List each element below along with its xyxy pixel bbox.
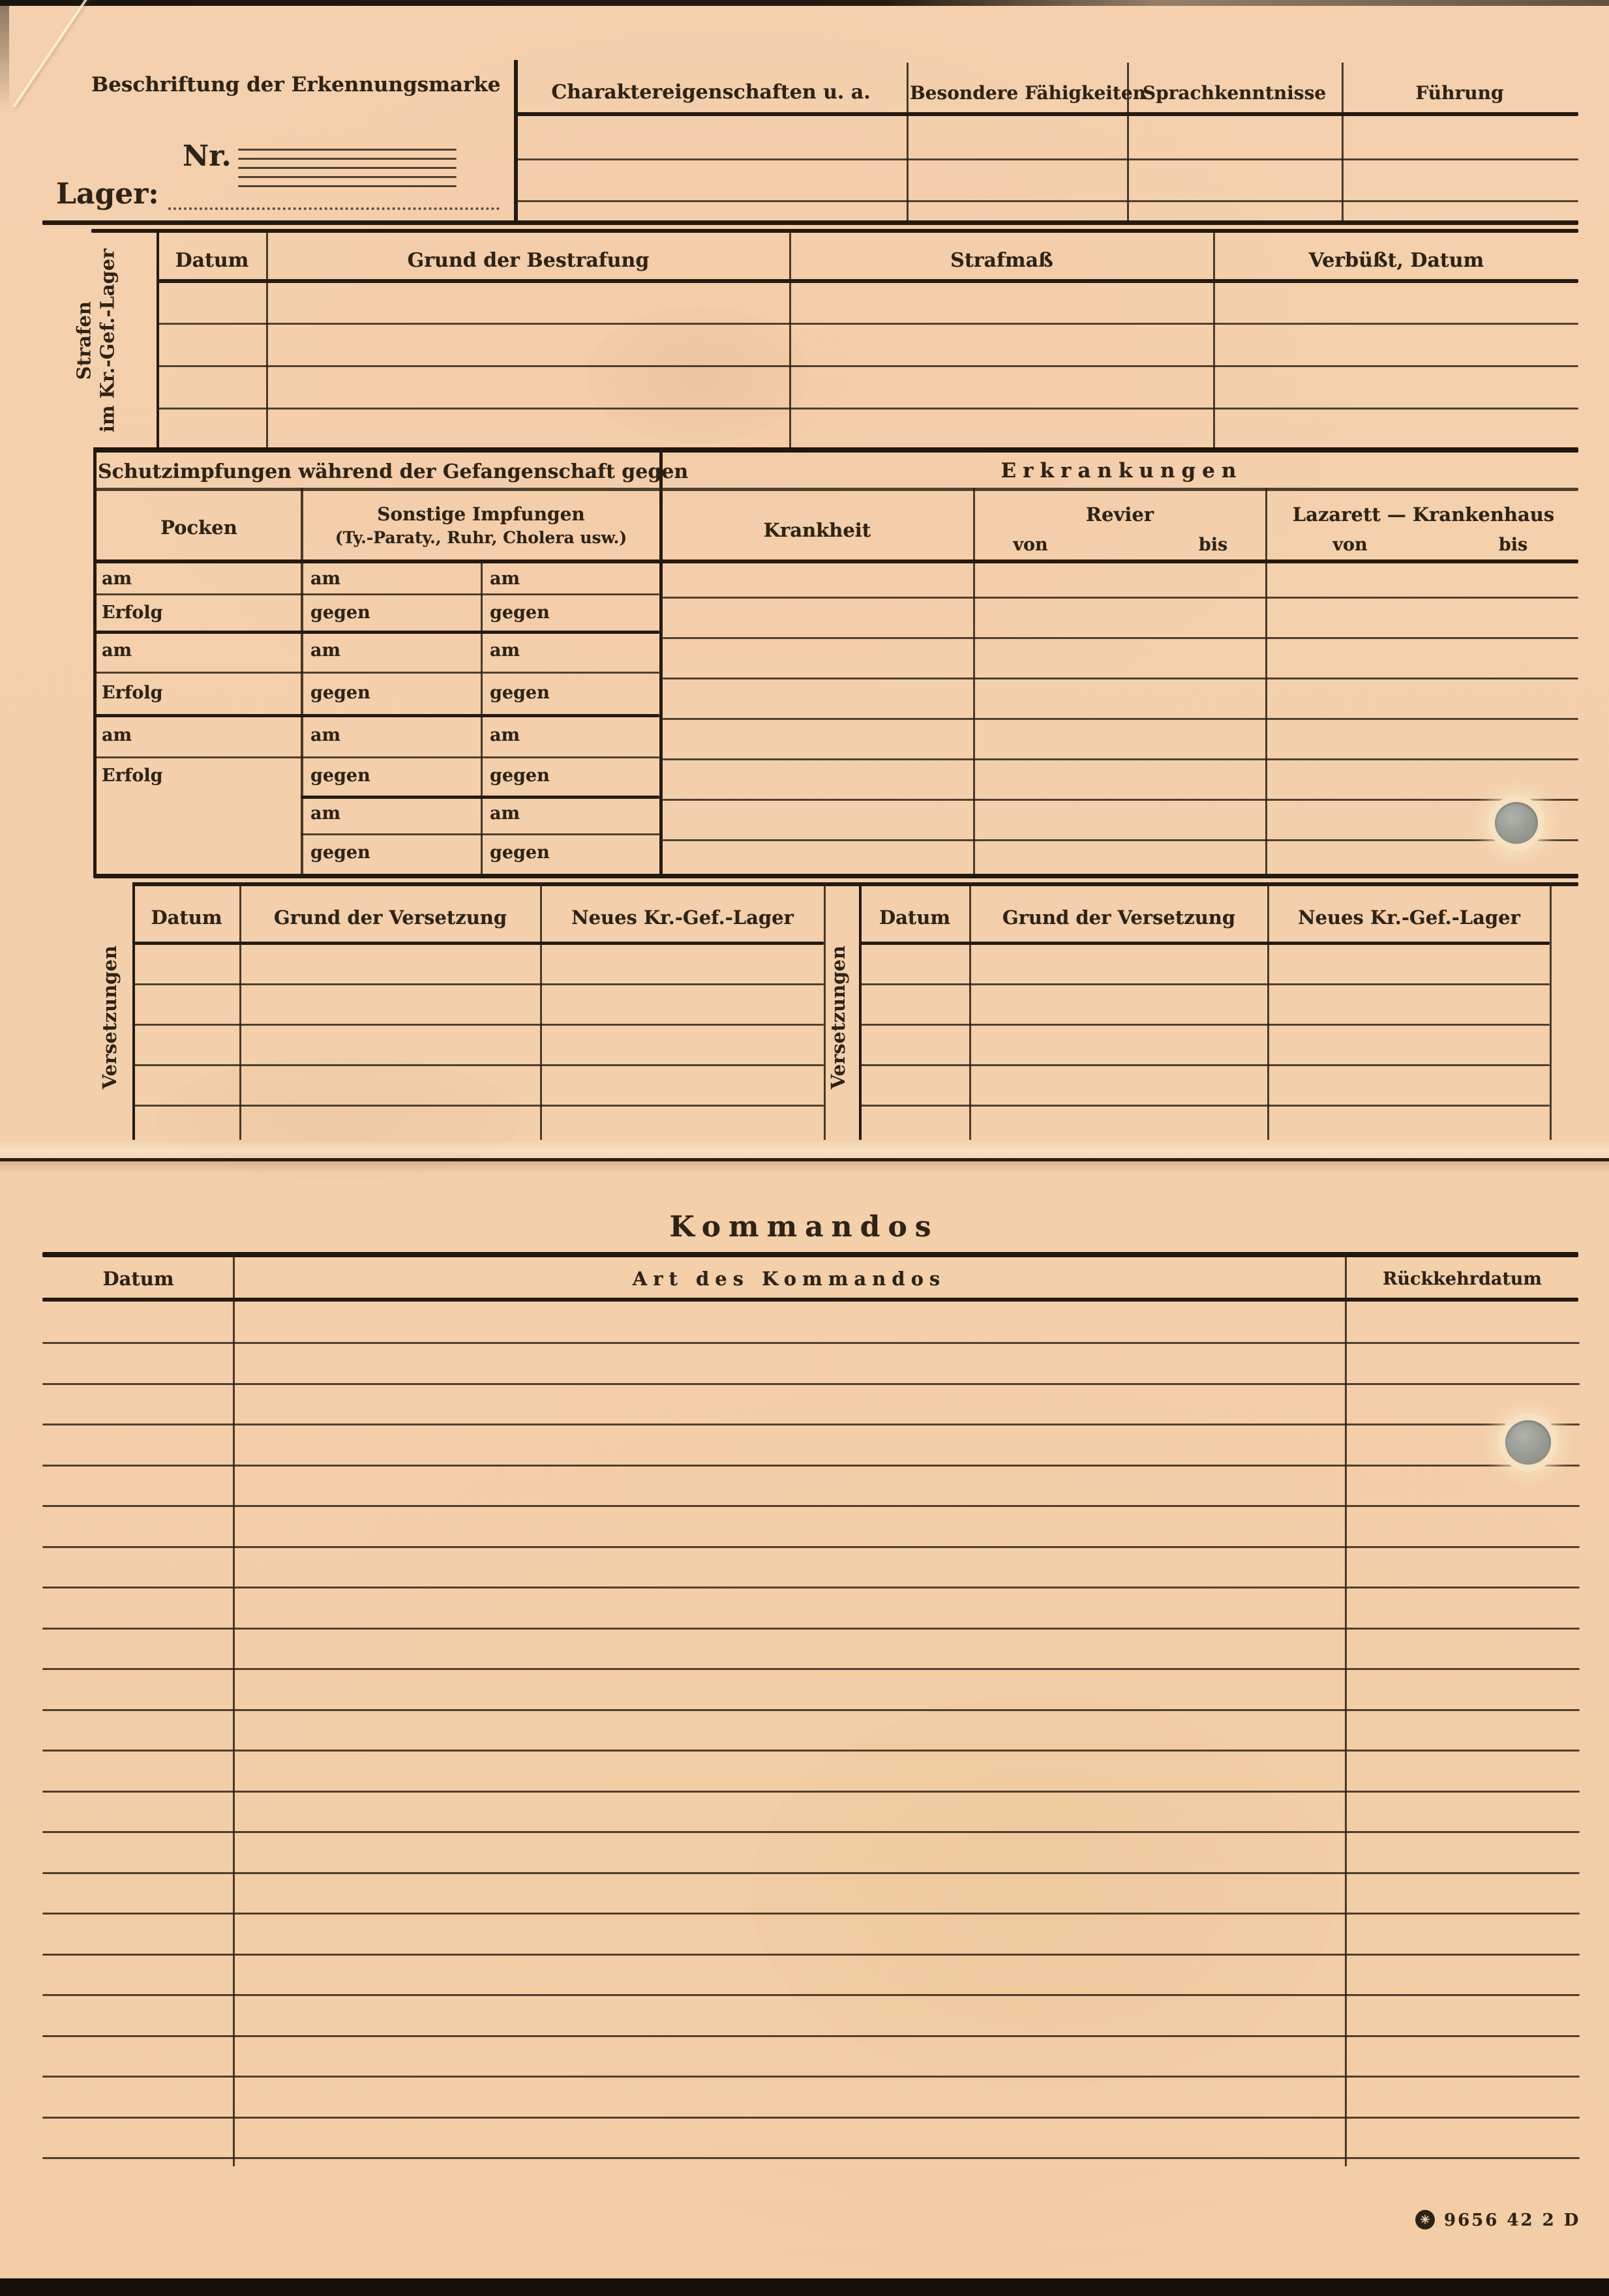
- scan-edge-bottom: [0, 2278, 1609, 2296]
- rule-line: [663, 718, 1578, 720]
- versetzungen-col-divider: [1550, 882, 1552, 1140]
- pocken-erfolg-label: Erfolg: [102, 683, 163, 703]
- sonstige-am-label: am: [490, 569, 520, 589]
- sonstige-am-label: am: [490, 725, 520, 745]
- rule-line: [42, 1546, 1580, 1548]
- impfungen-top-border: [93, 447, 1578, 453]
- versetzungen-right-side-label: Versetzungen: [815, 890, 861, 1144]
- versetzungen-header-newcamp: Neues Kr.-Gef.-Lager: [1269, 906, 1550, 929]
- impfungen-row-line: [95, 593, 659, 595]
- sonstige-sub-divider: [481, 561, 483, 875]
- kommandos-title: Kommandos: [609, 1210, 1000, 1244]
- rule-line: [42, 1383, 1580, 1385]
- sonstige-am-label: am: [310, 640, 340, 661]
- strafen-side-label-line1: Strafen: [72, 249, 96, 433]
- kommandos-header-rule: [42, 1298, 1578, 1302]
- rule-line: [134, 1024, 824, 1026]
- rule-line: [42, 2035, 1580, 2037]
- rule-line: [42, 1954, 1580, 1956]
- rule-line: [42, 1791, 1580, 1793]
- pocken-am-label: am: [102, 569, 132, 589]
- camp-label: Lager:: [56, 177, 159, 211]
- revier-lazarett-divider: [1265, 488, 1267, 875]
- versetzungen-header-date: Datum: [860, 906, 969, 929]
- impfungen-title-rule: [93, 488, 1578, 491]
- rule-line: [42, 2117, 1580, 2119]
- rule-line: [238, 185, 457, 187]
- rule-line: [158, 365, 1578, 367]
- revier-von-label: von: [998, 535, 1063, 555]
- card-edge-highlight: [0, 1140, 1609, 1158]
- rule-line: [158, 323, 1578, 325]
- paper-stain: [587, 306, 809, 443]
- strafen-header-served: Verbüßt, Datum: [1214, 249, 1578, 272]
- rule-line: [663, 597, 1578, 599]
- impfungen-group-line: [301, 796, 659, 799]
- revier-header: Revier: [975, 503, 1265, 526]
- rule-line: [134, 1105, 824, 1107]
- rule-line: [860, 1105, 1550, 1107]
- printer-code: 9656 42 2 D: [1444, 2211, 1580, 2230]
- rule-line: [42, 1831, 1580, 1833]
- krankheit-revier-divider: [973, 488, 975, 875]
- top-table-header-abilities: Besondere Fähigkeiten: [910, 82, 1125, 104]
- kommandos-header-date: Datum: [44, 1268, 233, 1290]
- top-table-divider: [907, 63, 909, 223]
- top-table-header-languages: Sprachkenntnisse: [1128, 82, 1340, 104]
- sonstige-am-label: am: [490, 803, 520, 824]
- top-table-left-divider: [514, 60, 518, 223]
- rule-line: [663, 839, 1578, 841]
- rule-line: [238, 158, 457, 160]
- rule-line: [663, 637, 1578, 639]
- impfungen-row-line: [95, 756, 659, 758]
- top-table-header-rule: [515, 112, 1578, 116]
- sonstige-gegen-label: gegen: [310, 603, 370, 623]
- rule-line: [860, 1064, 1550, 1066]
- kommandos-header-return: Rückkehrdatum: [1346, 1269, 1578, 1289]
- lazarett-header: Lazarett — Krankenhaus: [1269, 503, 1578, 526]
- impfungen-left-border: [93, 447, 97, 875]
- revier-bis-label: bis: [1180, 535, 1246, 555]
- sonstige-am-label: am: [310, 569, 340, 589]
- rule-line: [517, 158, 1578, 160]
- rule-line: [42, 1465, 1580, 1467]
- rule-line: [134, 983, 824, 985]
- card-edge-shadow: [0, 1161, 1609, 1173]
- versetzungen-header-newcamp: Neues Kr.-Gef.-Lager: [541, 906, 824, 929]
- rule-line: [860, 983, 1550, 985]
- rule-line: [663, 758, 1578, 760]
- pocken-erfolg-label: Erfolg: [102, 766, 163, 786]
- impfungen-group-line: [95, 631, 659, 634]
- impfungen-row-line: [301, 833, 659, 835]
- versetzungen-header-reason: Grund der Versetzung: [241, 906, 540, 929]
- rule-line: [158, 408, 1578, 410]
- strafen-header-measure: Strafmaß: [790, 249, 1213, 272]
- printer-union-mark-icon: ✳: [1415, 2210, 1435, 2229]
- rule-line: [42, 1342, 1580, 1344]
- krankheit-header: Krankheit: [662, 519, 972, 541]
- sonstige-am-label: am: [490, 640, 520, 661]
- pocken-am-label: am: [102, 725, 132, 745]
- rule-line: [238, 167, 457, 169]
- rule-line: [42, 2076, 1580, 2078]
- strafen-header-date: Datum: [158, 249, 266, 272]
- versetzungen-left-side-label: Versetzungen: [87, 890, 132, 1144]
- erkrankungen-title: Erkrankungen: [665, 459, 1578, 483]
- sonstige-gegen-label: gegen: [490, 766, 550, 786]
- camp-fill-line: [168, 188, 500, 210]
- punch-hole: [1505, 1420, 1551, 1465]
- rule-line: [517, 200, 1578, 202]
- sonstige-gegen-label: gegen: [310, 842, 370, 863]
- lazarett-von-label: von: [1317, 535, 1383, 555]
- punch-hole: [1495, 802, 1538, 844]
- id-block-title: Beschriftung der Erkennungsmarke: [91, 73, 470, 97]
- lazarett-bis-label: bis: [1481, 535, 1546, 555]
- impfungen-group-line: [95, 714, 659, 717]
- sonstige-gegen-label: gegen: [490, 603, 550, 623]
- rule-line: [663, 678, 1578, 679]
- sonstige-am-label: am: [310, 803, 340, 824]
- rule-line: [42, 1424, 1580, 1425]
- rule-line: [42, 1750, 1580, 1752]
- impfungen-title: Schutzimpfungen während der Gefangenscha…: [98, 460, 659, 483]
- versetzungen-header-rule: [859, 942, 1550, 945]
- pocken-header: Pocken: [98, 516, 300, 539]
- strafen-header-rule: [157, 279, 1578, 283]
- versetzungen-top-border: [132, 882, 1578, 886]
- pow-record-card-scan: Beschriftung der Erkennungsmarke Nr. Lag…: [0, 0, 1609, 2296]
- impfungen-erkrankungen-divider: [659, 447, 663, 875]
- top-table-header-conduct: Führung: [1344, 82, 1576, 104]
- impfungen-subheader-rule: [93, 559, 1578, 563]
- rule-line: [42, 1913, 1580, 1915]
- impfungen-bottom-border: [93, 874, 1578, 878]
- pocken-am-label: am: [102, 640, 132, 661]
- sonstige-header-line1: Sonstige Impfungen: [303, 503, 659, 525]
- sonstige-gegen-label: gegen: [490, 842, 550, 863]
- id-number-label: Nr.: [183, 140, 232, 173]
- pocken-erfolg-label: Erfolg: [102, 603, 163, 623]
- top-table-bottom-border: [42, 220, 1578, 225]
- strafen-side-label: Strafen im Kr.-Gef.-Lager: [38, 231, 154, 450]
- rule-line: [860, 1024, 1550, 1026]
- sonstige-gegen-label: gegen: [310, 683, 370, 703]
- rule-line: [42, 2157, 1580, 2159]
- sonstige-gegen-label: gegen: [310, 766, 370, 786]
- rule-line: [42, 1628, 1580, 1630]
- sonstige-gegen-label: gegen: [490, 683, 550, 703]
- kommandos-top-border: [42, 1252, 1578, 1257]
- rule-line: [238, 149, 457, 151]
- strafen-header-reason: Grund der Bestrafung: [267, 249, 789, 272]
- scan-edge-left: [0, 0, 9, 111]
- rule-line: [42, 1994, 1580, 1996]
- paper-stain: [750, 1695, 1337, 2087]
- scan-edge-top: [0, 0, 1609, 6]
- sonstige-am-label: am: [310, 725, 340, 745]
- versetzungen-header-date: Datum: [134, 906, 239, 929]
- rule-line: [42, 1505, 1580, 1507]
- rule-line: [663, 799, 1578, 801]
- rule-line: [238, 176, 457, 178]
- impfungen-row-line: [95, 672, 659, 674]
- strafen-side-label-line2: im Kr.-Gef.-Lager: [96, 249, 119, 433]
- versetzungen-header-rule: [132, 942, 824, 945]
- versetzungen-header-reason: Grund der Versetzung: [970, 906, 1267, 929]
- rule-line: [42, 1587, 1580, 1588]
- versetzungen-side-label-text: Versetzungen: [98, 946, 121, 1089]
- kommandos-header-type: Art des Kommandos: [235, 1268, 1344, 1290]
- strafen-top-border: [91, 229, 1578, 233]
- sonstige-header-line2: (Ty.-Paraty., Ruhr, Cholera usw.): [303, 528, 659, 547]
- rule-line: [42, 1668, 1580, 1670]
- rule-line: [134, 1064, 824, 1066]
- top-table-header-character: Charaktereigenschaften u. a.: [522, 81, 900, 104]
- versetzungen-side-label-text: Versetzungen: [826, 946, 850, 1089]
- rule-line: [42, 1709, 1580, 1711]
- rule-line: [42, 1872, 1580, 1874]
